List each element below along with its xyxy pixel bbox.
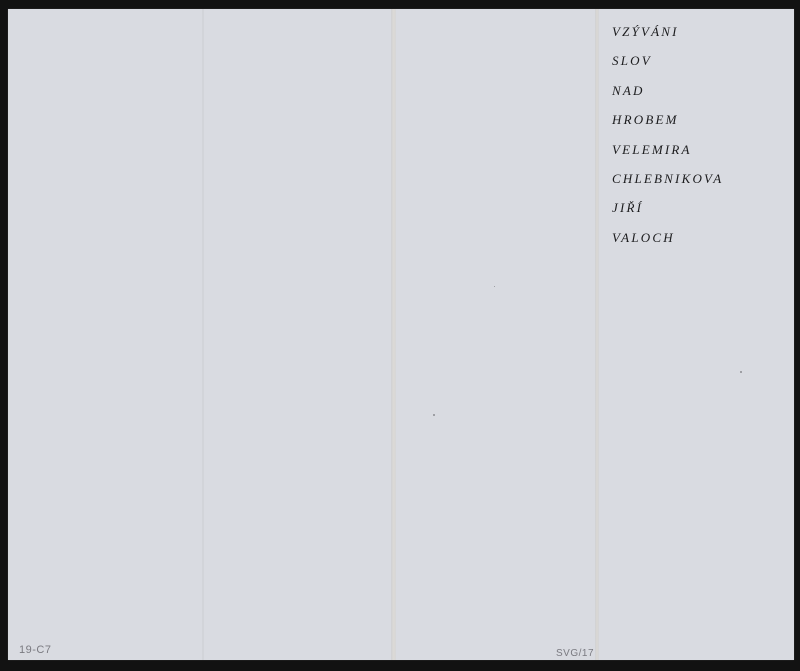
author-first-name: JIŘÍ — [612, 199, 723, 228]
title-line: NAD — [612, 82, 723, 111]
pencil-note-bottom-left: 19-C7 — [19, 644, 51, 656]
paper-speck — [433, 414, 435, 416]
pencil-note-bottom-middle: SVG/17 — [556, 648, 594, 659]
title-line: CHLEBNIKOVA — [612, 170, 723, 199]
paper-speck — [740, 371, 742, 373]
fold-line-3 — [595, 9, 599, 660]
title-line: VZÝVÁNI — [612, 23, 723, 52]
paper-speck — [494, 286, 495, 287]
title-line: SLOV — [612, 52, 723, 81]
title-line: HROBEM — [612, 111, 723, 140]
author-last-name: VALOCH — [612, 229, 723, 258]
title-block: VZÝVÁNI SLOV NAD HROBEM VELEMIRA CHLEBNI… — [612, 23, 723, 258]
fold-line-1 — [202, 9, 204, 660]
fold-line-2 — [391, 9, 396, 660]
title-line: VELEMIRA — [612, 141, 723, 170]
